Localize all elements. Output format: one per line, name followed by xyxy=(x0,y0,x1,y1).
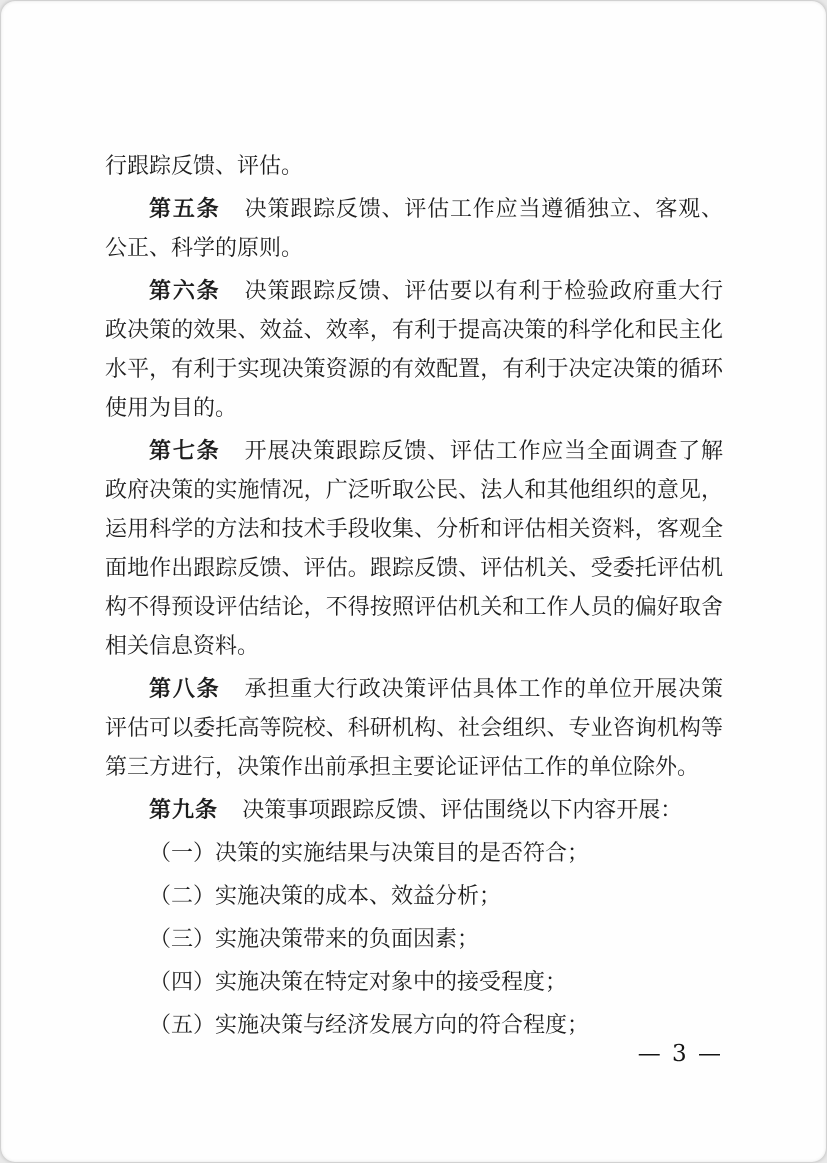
list-item-1: （一）决策的实施结果与决策目的是否符合； xyxy=(105,834,723,873)
article-number: 第九条 xyxy=(149,797,218,823)
article-paragraph-7: 第七条开展决策跟踪反馈、评估工作应当全面调查了解政府决策的实施情况，广泛听取公民… xyxy=(105,432,723,666)
article-paragraph-5: 第五条决策跟踪反馈、评估工作应当遵循独立、客观、公正、科学的原则。 xyxy=(105,190,723,268)
article-paragraph-9: 第九条决策事项跟踪反馈、评估围绕以下内容开展： xyxy=(105,791,723,830)
article-paragraph-8: 第八条承担重大行政决策评估具体工作的单位开展决策评估可以委托高等院校、科研机构、… xyxy=(105,670,723,787)
document-page: 行跟踪反馈、评估。 第五条决策跟踪反馈、评估工作应当遵循独立、客观、公正、科学的… xyxy=(1,1,826,1162)
list-item-4: （四）实施决策在特定对象中的接受程度； xyxy=(105,963,723,1002)
document-body: 行跟踪反馈、评估。 第五条决策跟踪反馈、评估工作应当遵循独立、客观、公正、科学的… xyxy=(105,147,723,1049)
paragraph-continuation: 行跟踪反馈、评估。 xyxy=(105,147,723,186)
article-text: 决策事项跟踪反馈、评估围绕以下内容开展： xyxy=(242,798,682,823)
list-item-2: （二）实施决策的成本、效益分析； xyxy=(105,877,723,916)
page-number: — 3 — xyxy=(1,1039,723,1069)
article-paragraph-6: 第六条决策跟踪反馈、评估要以有利于检验政府重大行政决策的效果、效益、效率，有利于… xyxy=(105,272,723,428)
list-item-3: （三）实施决策带来的负面因素； xyxy=(105,920,723,959)
article-number: 第八条 xyxy=(149,676,220,702)
article-number: 第七条 xyxy=(149,438,220,464)
article-number: 第六条 xyxy=(149,278,220,304)
article-number: 第五条 xyxy=(149,196,220,222)
article-text: 开展决策跟踪反馈、评估工作应当全面调查了解政府决策的实施情况，广泛听取公民、法人… xyxy=(105,439,723,659)
